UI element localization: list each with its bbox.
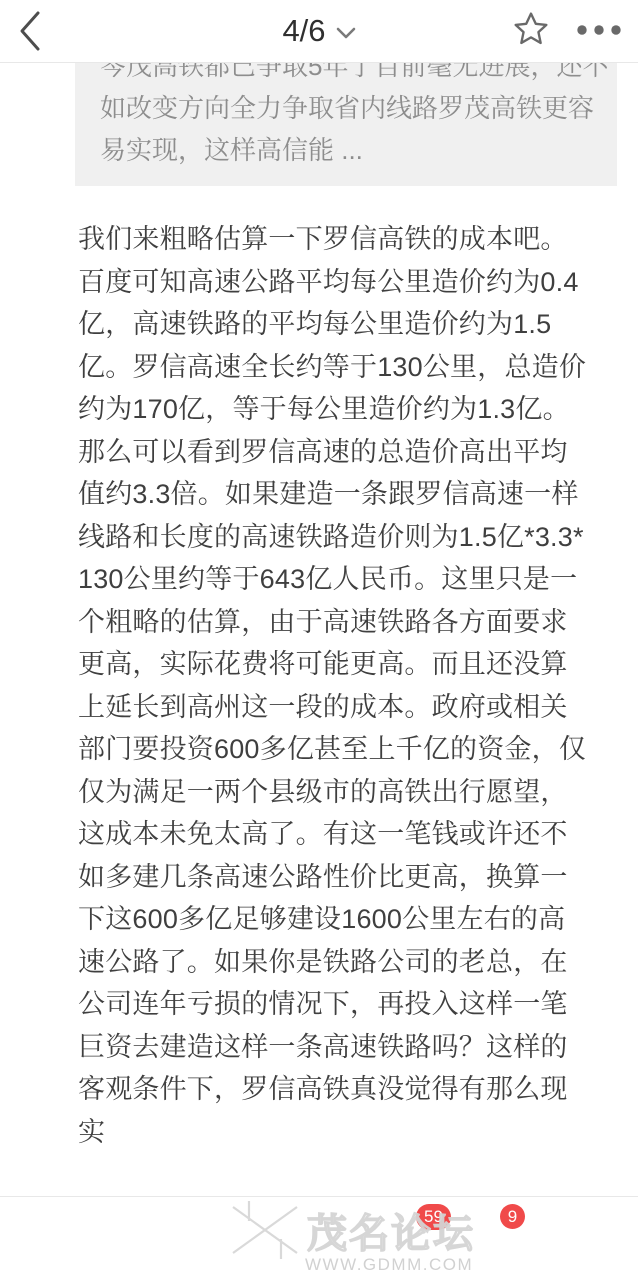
body-line: 更高，实际花费将可能更高。而且还没算 [78,643,630,686]
body-line: 客观条件下，罗信高铁真没觉得有那么现 [78,1068,630,1111]
post-body: 我们来粗略估算一下罗信高铁的成本吧。百度可知高速公路平均每公里造价约为0.4亿，… [78,218,630,1153]
body-line: 下这600多亿足够建设1600公里左右的高 [78,898,630,941]
body-line: 仅为满足一两个县级市的高铁出行愿望， [78,771,630,814]
quoted-reply[interactable]: 岑茂高铁都已争取5年了目前毫无进展，还不如改变方向全力争取省内线路罗茂高铁更容易… [75,63,617,186]
ellipsis-icon [575,23,625,37]
bottom-action-bar [0,1196,638,1280]
like-count-badge: 9 [500,1204,525,1229]
body-line: 线路和长度的高速铁路造价则为1.5亿*3.3* [78,516,630,559]
chevron-down-icon [336,27,356,40]
back-button[interactable] [16,10,50,52]
comment-count-badge: 59 [416,1204,451,1230]
app-screen: 4/6 岑茂高铁都已争取5年了目前毫无进展，还不如改变方向全力争取省内线路罗茂高… [0,0,638,1280]
body-line: 上延长到高州这一段的成本。政府或相关 [78,686,630,729]
body-line: 约为170亿，等于每公里造价约为1.3亿。 [78,388,630,431]
page-indicator-label: 4/6 [282,13,325,49]
chevron-left-icon [16,10,44,52]
body-line: 130公里约等于643亿人民币。这里只是一 [78,558,630,601]
more-button[interactable] [575,23,625,37]
body-line: 巨资去建造这样一条高速铁路吗？这样的 [78,1026,630,1069]
quote-line: 岑茂高铁都已争取5年了目前毫无进展，还不 [100,63,617,87]
body-line: 百度可知高速公路平均每公里造价约为0.4 [78,261,630,304]
body-line: 个粗略的估算，由于高速铁路各方面要求 [78,601,630,644]
favorite-button[interactable] [512,10,552,50]
body-line: 实 [78,1111,630,1154]
quote-line: 如改变方向全力争取省内线路罗茂高铁更容 [100,87,617,129]
body-line: 如多建几条高速公路性价比更高，换算一 [78,856,630,899]
body-line: 公司连年亏损的情况下，再投入这样一笔 [78,983,630,1026]
top-nav-bar: 4/6 [0,0,638,63]
body-line: 那么可以看到罗信高速的总造价高出平均 [78,431,630,474]
star-icon [512,10,550,48]
body-line: 亿。罗信高速全长约等于130公里，总造价 [78,346,630,389]
body-line: 我们来粗略估算一下罗信高铁的成本吧。 [78,218,630,261]
body-line: 这成本未免太高了。有这一笔钱或许还不 [78,813,630,856]
body-line: 亿，高速铁路的平均每公里造价约为1.5 [78,303,630,346]
body-line: 速公路了。如果你是铁路公司的老总，在 [78,941,630,984]
body-line: 值约3.3倍。如果建造一条跟罗信高速一样 [78,473,630,516]
quoted-reply-text: 岑茂高铁都已争取5年了目前毫无进展，还不如改变方向全力争取省内线路罗茂高铁更容易… [100,63,617,171]
body-line: 部门要投资600多亿甚至上千亿的资金，仅 [78,728,630,771]
quote-line: 易实现，这样高信能 ... [100,129,617,171]
